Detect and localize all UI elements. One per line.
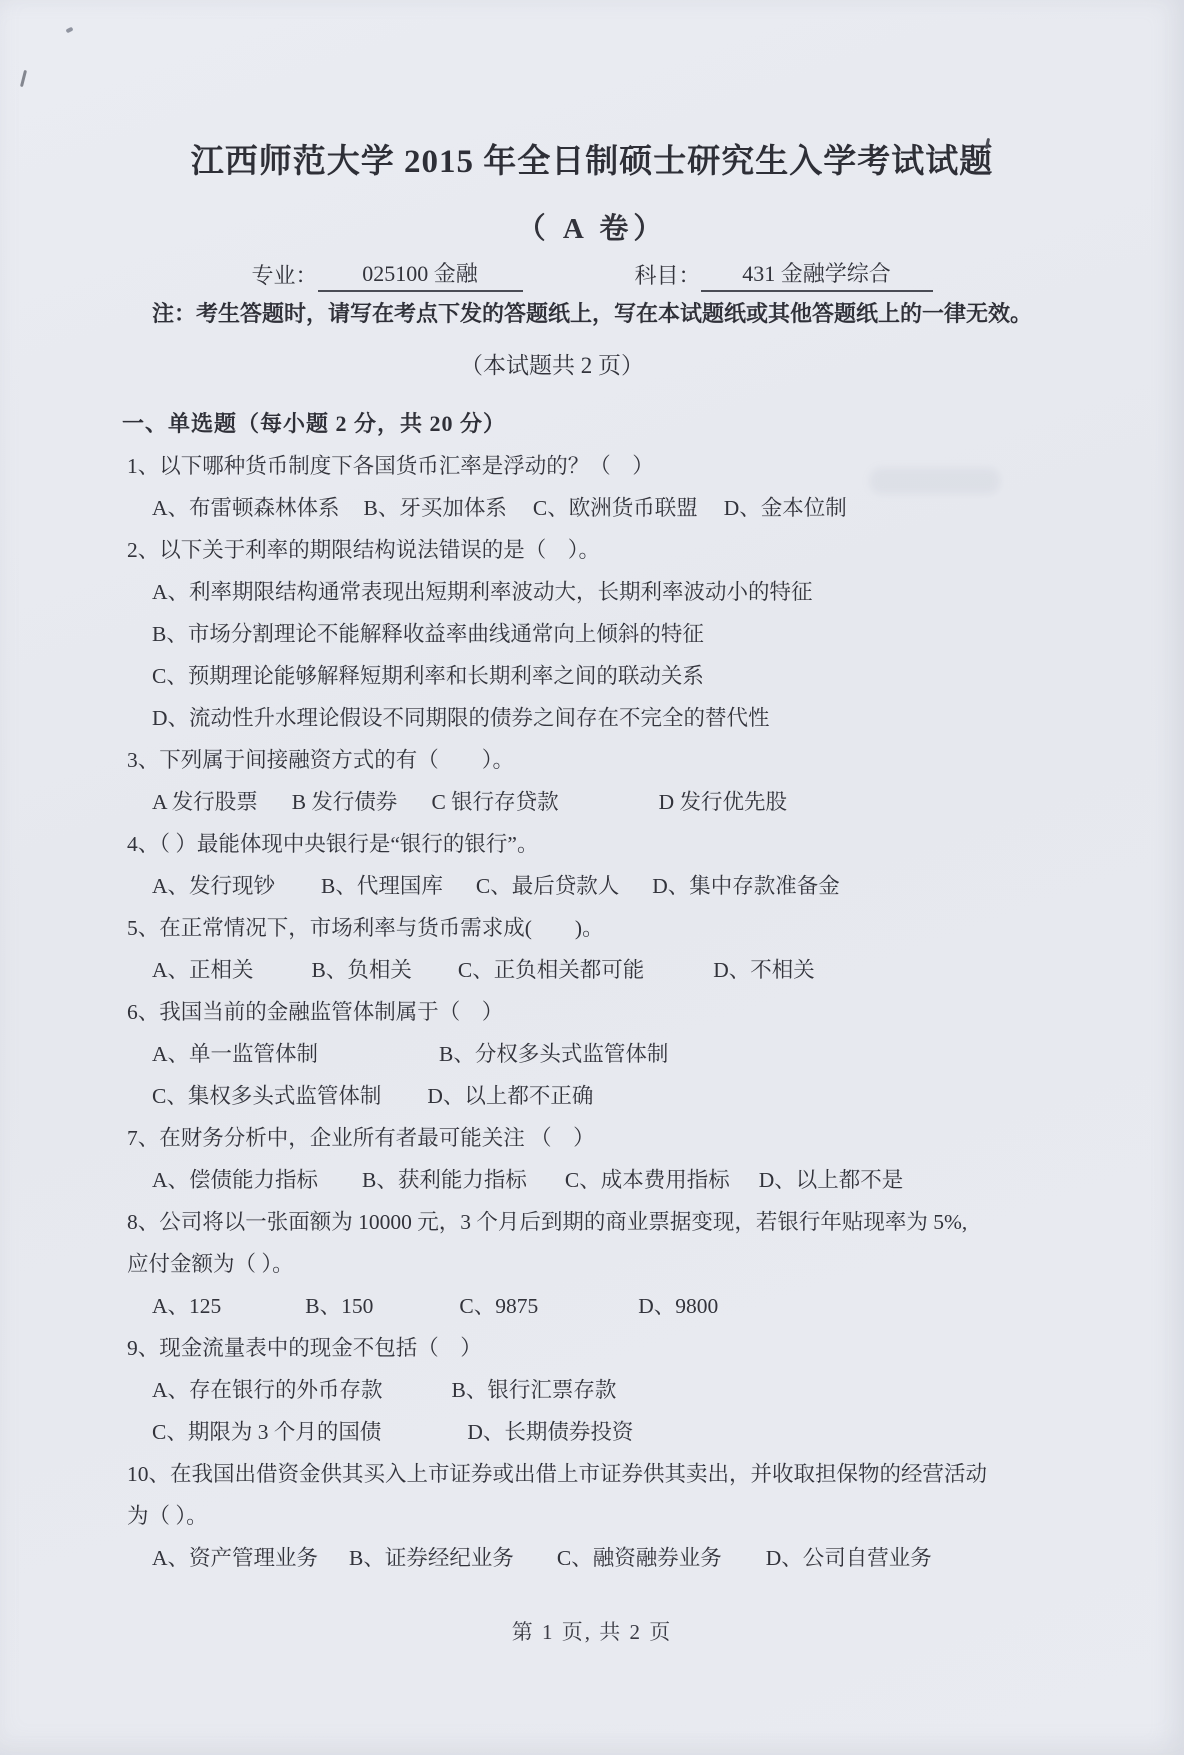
page-footer: 第 1 页, 共 2 页 <box>0 1616 1184 1646</box>
q8-option-d: D、9800 <box>638 1294 718 1318</box>
question-5: 5、在正常情况下，市场利率与货币需求成( )。 A、正相关B、负相关C、正负相关… <box>0 907 1184 991</box>
question-3: 3、下列属于间接融资方式的有（ ）。 A 发行股票B 发行债券C 银行存贷款D … <box>0 739 1184 823</box>
question-6-stem: 6、我国当前的金融监管体制属于（ ） <box>0 991 1184 1033</box>
question-10-stem-line-1: 10、在我国出借资金供其买入上市证券或出借上市证券供其卖出，并收取担保物的经营活… <box>0 1453 1184 1495</box>
question-7: 7、在财务分析中，企业所有者最可能关注 （ ） A、偿债能力指标B、获利能力指标… <box>0 1117 1184 1201</box>
q1-option-d: D、金本位制 <box>724 496 847 520</box>
subject-value: 431 金融学综合 <box>701 260 933 292</box>
section-heading: 一、单选题（每小题 2 分，共 20 分） <box>0 408 1184 440</box>
q10-option-b: B、证券经纪业务 <box>349 1546 514 1570</box>
question-6-options-row-1: A、单一监管体制B、分权多头式监管体制 <box>0 1033 1184 1075</box>
q2-option-b: B、市场分割理论不能解释收益率曲线通常向上倾斜的特征 <box>152 622 704 646</box>
q9-option-b: B、银行汇票存款 <box>452 1378 617 1402</box>
q9-option-c: C、期限为 3 个月的国债 <box>152 1420 381 1444</box>
major-label: 专业： <box>251 263 317 288</box>
q5-option-c: C、正负相关都可能 <box>458 958 644 982</box>
question-8-options: A、125B、150C、9875D、9800 <box>0 1285 1184 1327</box>
exam-paper-page: 江西师范大学 2015 年全日制硕士研究生入学考试试题 （ A 卷） 专业：02… <box>0 0 1184 1755</box>
q1-option-a: A、布雷顿森林体系 <box>152 496 340 520</box>
question-4-options: A、发行现钞B、代理国库C、最后贷款人D、集中存款准备金 <box>0 865 1184 907</box>
total-pages-note: （本试题共 2 页） <box>0 350 1144 382</box>
question-9-options-row-1: A、存在银行的外币存款B、银行汇票存款 <box>0 1369 1184 1411</box>
question-8: 8、公司将以一张面额为 10000 元，3 个月后到期的商业票据变现，若银行年贴… <box>0 1201 1184 1327</box>
q2-option-a: A、利率期限结构通常表现出短期利率波动大，长期利率波动小的特征 <box>152 580 813 604</box>
q10-option-c: C、融资融券业务 <box>557 1546 722 1570</box>
question-9-stem: 9、现金流量表中的现金不包括（ ） <box>0 1327 1184 1369</box>
q4-option-a: A、发行现钞 <box>152 874 275 898</box>
q4-option-c: C、最后贷款人 <box>476 874 619 898</box>
question-10-stem-line-2: 为（ ）。 <box>0 1495 1184 1537</box>
question-2-options-row-a: A、利率期限结构通常表现出短期利率波动大，长期利率波动小的特征 <box>0 571 1184 613</box>
q7-option-a: A、偿债能力指标 <box>152 1168 318 1192</box>
q3-option-b: B 发行债券 <box>292 790 398 814</box>
question-1: 1、以下哪种货币制度下各国货币汇率是浮动的？（ ） A、布雷顿森林体系B、牙买加… <box>0 445 1184 529</box>
q7-option-b: B、获利能力指标 <box>362 1168 527 1192</box>
q5-option-b: B、负相关 <box>312 958 412 982</box>
q5-option-d: D、不相关 <box>713 958 815 982</box>
q7-option-c: C、成本费用指标 <box>565 1168 730 1192</box>
answer-instructions-note: 注：考生答题时，请写在考点下发的答题纸上，写在本试题纸或其他答题纸上的一律无效。 <box>0 298 1184 330</box>
question-2-stem: 2、以下关于利率的期限结构说法错误的是（ ）。 <box>0 529 1184 571</box>
q8-option-c: C、9875 <box>459 1294 538 1318</box>
question-4: 4、（ ）最能体现中央银行是“银行的银行”。 A、发行现钞B、代理国库C、最后贷… <box>0 823 1184 907</box>
q6-option-b: B、分权多头式监管体制 <box>439 1042 668 1066</box>
question-8-stem-line-1: 8、公司将以一张面额为 10000 元，3 个月后到期的商业票据变现，若银行年贴… <box>0 1201 1184 1243</box>
q9-option-d: D、长期债券投资 <box>467 1420 633 1444</box>
q3-option-c: C 银行存贷款 <box>431 790 558 814</box>
scan-smudge <box>870 468 1000 494</box>
question-2-options-row-c: C、预期理论能够解释短期利率和长期利率之间的联动关系 <box>0 655 1184 697</box>
q6-option-a: A、单一监管体制 <box>152 1042 318 1066</box>
exam-title: 江西师范大学 2015 年全日制硕士研究生入学考试试题 <box>0 0 1184 182</box>
question-2-options-row-d: D、流动性升水理论假设不同期限的债券之间存在不完全的替代性 <box>0 697 1184 739</box>
question-1-options: A、布雷顿森林体系B、牙买加体系C、欧洲货币联盟D、金本位制 <box>0 487 1184 529</box>
q2-option-c: C、预期理论能够解释短期利率和长期利率之间的联动关系 <box>152 664 704 688</box>
q3-option-a: A 发行股票 <box>152 790 258 814</box>
question-6: 6、我国当前的金融监管体制属于（ ） A、单一监管体制B、分权多头式监管体制 C… <box>0 991 1184 1117</box>
q7-option-d: D、以上都不是 <box>759 1168 904 1192</box>
subject-label: 科目： <box>635 263 701 288</box>
question-2: 2、以下关于利率的期限结构说法错误的是（ ）。 A、利率期限结构通常表现出短期利… <box>0 529 1184 739</box>
question-4-stem: 4、（ ）最能体现中央银行是“银行的银行”。 <box>0 823 1184 865</box>
question-3-options: A 发行股票B 发行债券C 银行存贷款D 发行优先股 <box>0 781 1184 823</box>
q9-option-a: A、存在银行的外币存款 <box>152 1378 383 1402</box>
question-7-options: A、偿债能力指标B、获利能力指标C、成本费用指标D、以上都不是 <box>0 1159 1184 1201</box>
q1-option-c: C、欧洲货币联盟 <box>533 496 698 520</box>
q5-option-a: A、正相关 <box>152 958 254 982</box>
major-subject-line: 专业：025100 金融科目：431 金融学综合 <box>0 260 1184 292</box>
q10-option-d: D、公司自营业务 <box>766 1546 932 1570</box>
q8-option-b: B、150 <box>305 1294 373 1318</box>
question-8-stem-line-2: 应付金额为（ ）。 <box>0 1243 1184 1285</box>
paper-version-label: （ A 卷） <box>0 212 1184 246</box>
q3-option-d: D 发行优先股 <box>659 790 787 814</box>
q2-option-d: D、流动性升水理论假设不同期限的债券之间存在不完全的替代性 <box>152 706 770 730</box>
question-5-options: A、正相关B、负相关C、正负相关都可能D、不相关 <box>0 949 1184 991</box>
question-3-stem: 3、下列属于间接融资方式的有（ ）。 <box>0 739 1184 781</box>
question-6-options-row-2: C、集权多头式监管体制D、以上都不正确 <box>0 1075 1184 1117</box>
question-1-stem: 1、以下哪种货币制度下各国货币汇率是浮动的？（ ） <box>0 445 1184 487</box>
question-9: 9、现金流量表中的现金不包括（ ） A、存在银行的外币存款B、银行汇票存款 C、… <box>0 1327 1184 1453</box>
q4-option-d: D、集中存款准备金 <box>652 874 840 898</box>
question-9-options-row-2: C、期限为 3 个月的国债D、长期债券投资 <box>0 1411 1184 1453</box>
q4-option-b: B、代理国库 <box>321 874 443 898</box>
question-7-stem: 7、在财务分析中，企业所有者最可能关注 （ ） <box>0 1117 1184 1159</box>
question-2-options-row-b: B、市场分割理论不能解释收益率曲线通常向上倾斜的特征 <box>0 613 1184 655</box>
q10-option-a: A、资产管理业务 <box>152 1546 318 1570</box>
question-10: 10、在我国出借资金供其买入上市证券或出借上市证券供其卖出，并收取担保物的经营活… <box>0 1453 1184 1579</box>
major-value: 025100 金融 <box>318 260 523 292</box>
questions-section: 1、以下哪种货币制度下各国货币汇率是浮动的？（ ） A、布雷顿森林体系B、牙买加… <box>0 445 1184 1579</box>
question-5-stem: 5、在正常情况下，市场利率与货币需求成( )。 <box>0 907 1184 949</box>
q6-option-c: C、集权多头式监管体制 <box>152 1084 381 1108</box>
q6-option-d: D、以上都不正确 <box>427 1084 593 1108</box>
q8-option-a: A、125 <box>152 1294 221 1318</box>
question-10-options: A、资产管理业务B、证券经纪业务C、融资融券业务D、公司自营业务 <box>0 1537 1184 1579</box>
q1-option-b: B、牙买加体系 <box>364 496 507 520</box>
